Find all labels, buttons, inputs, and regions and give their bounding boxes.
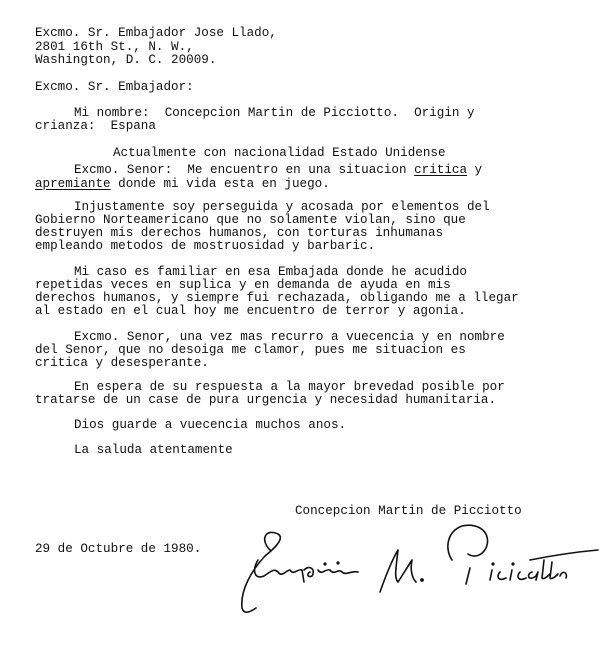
paragraph-2-line-4: empleando metodos de mostruosidad y barb… — [35, 240, 375, 254]
closing-line-2: La saluda atentamente — [74, 444, 233, 458]
paragraph-1-line-2: apremiante donde mi vida esta en juego. — [35, 178, 330, 192]
underlined-apremiante: apremiante — [35, 177, 111, 191]
p1-after: y — [467, 163, 482, 177]
closing-line-1: Dios guarde a vuecencia muchos anos. — [74, 419, 346, 433]
letter-date: 29 de Octubre de 1980. — [35, 543, 201, 557]
address-line-1: Excmo. Sr. Embajador Jose Llado, — [35, 27, 277, 41]
p1-end: donde mi vida esta en juego. — [111, 177, 330, 191]
paragraph-3-line-4: al estado en el cual hoy me encuentro de… — [35, 305, 466, 319]
salutation: Excmo. Sr. Embajador: — [35, 81, 194, 95]
signature-name: Concepcion Martin de Picciotto — [295, 505, 522, 519]
paragraph-5-line-2: tratarse de un case de pura urgencia y n… — [35, 394, 496, 408]
p1-start: Excmo. Senor: Me encuentro en una situac… — [74, 163, 414, 177]
nationality-line: Actualmente con nacionalidad Estado Unid… — [113, 147, 446, 161]
handwritten-signature — [230, 520, 600, 620]
underlined-critica: critica — [414, 163, 467, 177]
address-line-3: Washington, D. C. 20009. — [35, 54, 216, 68]
paragraph-1-line-1: Excmo. Senor: Me encuentro en una situac… — [74, 164, 482, 178]
paragraph-4-line-3: critica y desesperante. — [35, 357, 209, 371]
intro-line-2: crianza: Espana — [35, 120, 156, 134]
